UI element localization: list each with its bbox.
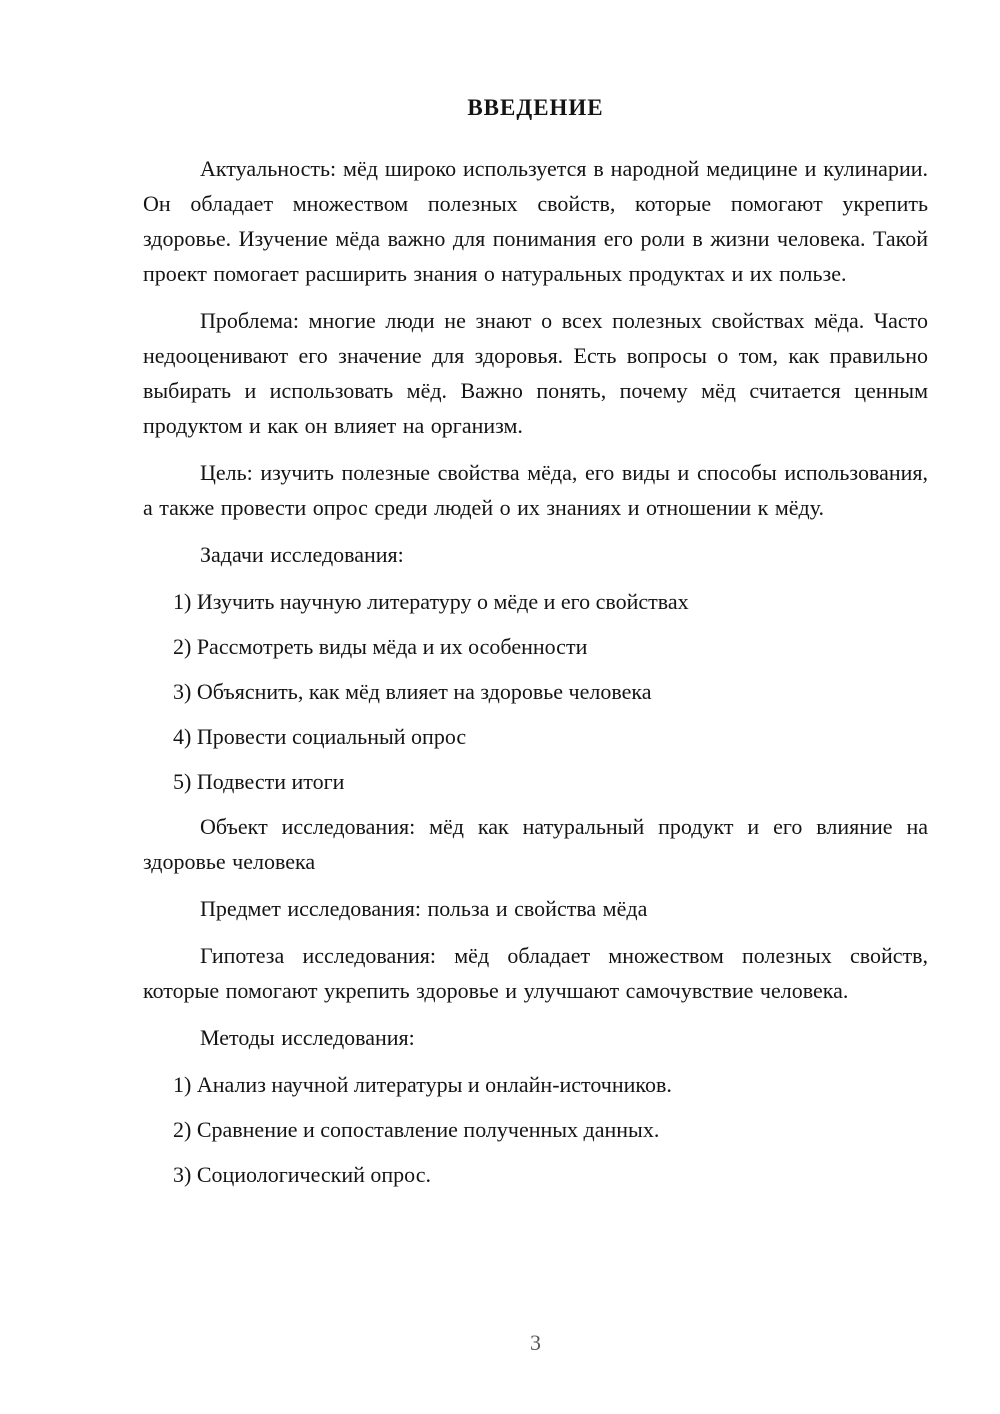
paragraph-hypothesis: Гипотеза исследования: мёд обладает множ…	[143, 938, 928, 1008]
page-number: 3	[143, 1328, 928, 1358]
method-list-item-2: 2) Сравнение и сопоставление полученных …	[143, 1112, 928, 1147]
paragraph-tasks-heading: Задачи исследования:	[143, 537, 928, 572]
paragraph-relevance: Актуальность: мёд широко используется в …	[143, 151, 928, 291]
paragraph-problem: Проблема: многие люди не знают о всех по…	[143, 303, 928, 443]
task-list-item-1: 1) Изучить научную литературу о мёде и е…	[143, 584, 928, 619]
page-title: ВВЕДЕНИЕ	[143, 93, 928, 123]
task-list-item-3: 3) Объяснить, как мёд влияет на здоровье…	[143, 674, 928, 709]
method-list-item-1: 1) Анализ научной литературы и онлайн-ис…	[143, 1067, 928, 1102]
paragraph-object: Объект исследования: мёд как натуральный…	[143, 809, 928, 879]
task-list-item-5: 5) Подвести итоги	[143, 764, 928, 799]
paragraph-methods-heading: Методы исследования:	[143, 1020, 928, 1055]
task-list-item-2: 2) Рассмотреть виды мёда и их особенност…	[143, 629, 928, 664]
document-page: ВВЕДЕНИЕ Актуальность: мёд широко исполь…	[0, 0, 1000, 1414]
method-list-item-3: 3) Социологический опрос.	[143, 1157, 928, 1192]
task-list-item-4: 4) Провести социальный опрос	[143, 719, 928, 754]
paragraph-goal: Цель: изучить полезные свойства мёда, ег…	[143, 455, 928, 525]
paragraph-subject: Предмет исследования: польза и свойства …	[143, 891, 928, 926]
